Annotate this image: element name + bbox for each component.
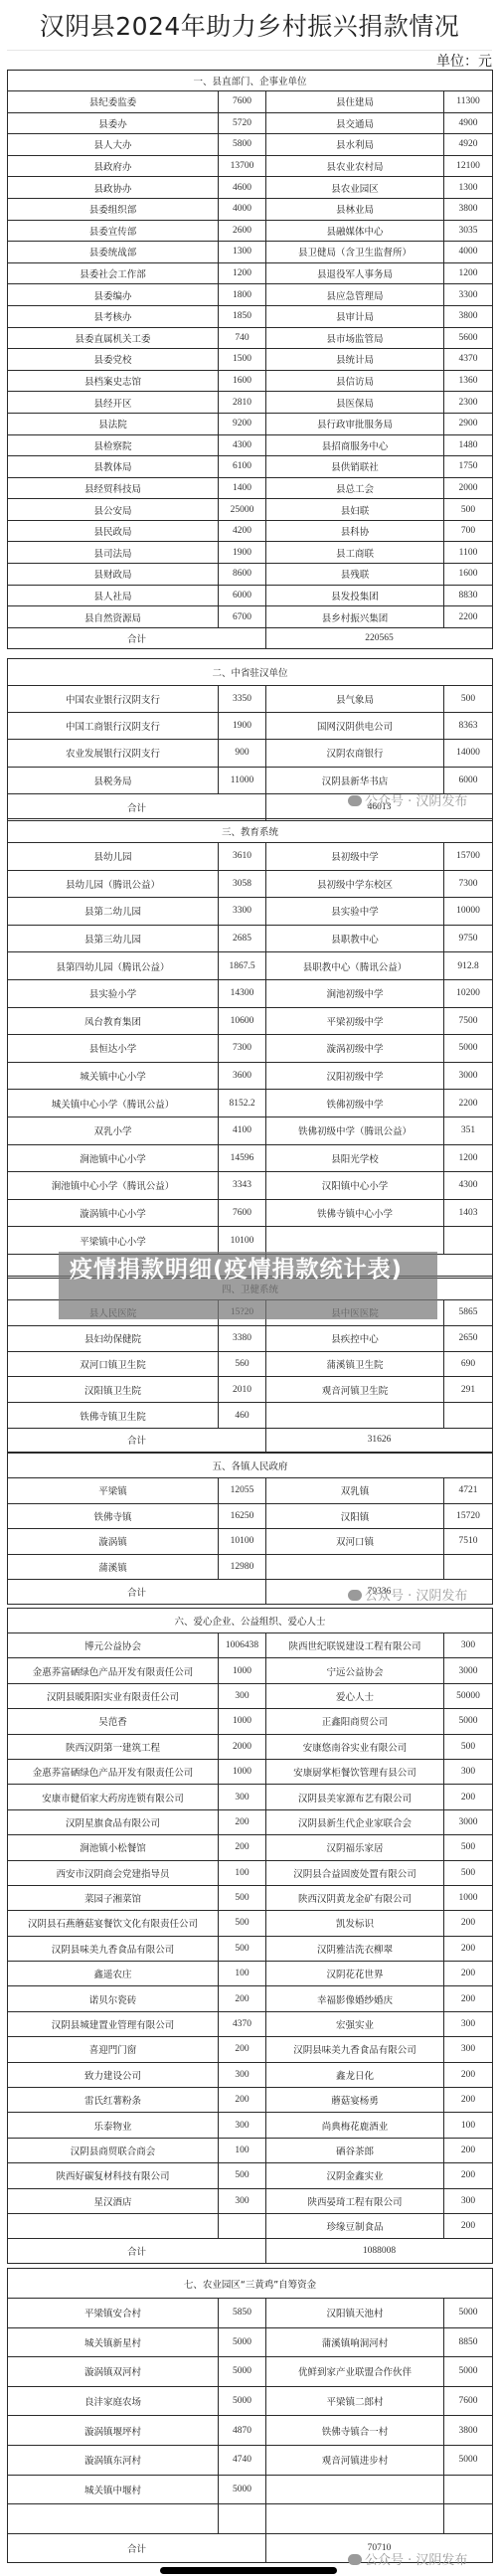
donor-name: 县委组织部 [8, 198, 219, 220]
donation-amount: 500 [219, 1936, 266, 1961]
table-row: 县民政局4200县科协700 [8, 520, 493, 542]
donation-amount [444, 1554, 493, 1580]
table-row: 县考核办1850县审计局3800 [8, 305, 493, 327]
donation-amount: 4600 [219, 177, 266, 199]
donation-amount: 8600 [219, 564, 266, 586]
donation-amount: 1200 [444, 1144, 493, 1172]
table-row: 雷氏红薯粉条200蘑菇宴杨勇200 [8, 2088, 493, 2113]
donor-name: 汉阴县石燕蘑菇宴餐饮文化有限责任公司 [8, 1911, 219, 1936]
donation-amount: 3610 [219, 843, 266, 871]
section-table: 七、农业园区“三黄鸡”自筹资金平梁镇安合村5850汉阳镇天池村5000城关镇新星… [7, 2268, 493, 2563]
donor-name: 县审计局 [266, 305, 444, 327]
table-row: 县司法局1900县工商联1100 [8, 542, 493, 564]
donor-name: 铁佛寺镇中心小学 [266, 1199, 444, 1227]
table-row: 县实验小学14300涧池初级中学10200 [8, 979, 493, 1007]
donor-name: 县招商服务中心 [266, 434, 444, 456]
donor-name: 涧池镇中心小学（腾讯公益） [8, 1172, 219, 1200]
donor-name: 县乡村振兴集团 [266, 606, 444, 628]
table-row: 县委社会工作部1200县退役军人事务局1200 [8, 262, 493, 284]
donor-name: 汉阴县合益固废处置有限公司 [266, 1860, 444, 1885]
donor-name: 中国工商银行汉阴支行 [8, 713, 219, 740]
donor-name: 双河口镇 [266, 1529, 444, 1555]
donation-amount: 10100 [219, 1227, 266, 1255]
donor-name: 县融媒体中心 [266, 220, 444, 242]
donation-amount: 14596 [219, 1144, 266, 1172]
donor-name: 县气象局 [266, 686, 444, 713]
donation-amount: 5800 [219, 134, 266, 156]
table-row: 平梁镇中心小学10100 [8, 1227, 493, 1255]
donation-amount: 1900 [219, 713, 266, 740]
donation-amount: 2810 [219, 392, 266, 414]
donation-amount: 912.8 [444, 952, 493, 980]
table-row: 县人社局6000县发投集团8830 [8, 585, 493, 606]
donor-name: 县自然资源局 [8, 606, 219, 628]
donor-name: 汉阴县味美九香食品有限公司 [8, 1936, 219, 1961]
table-row: 蒲溪镇12980 [8, 1554, 493, 1580]
donation-amount [444, 1403, 493, 1429]
donation-amount: 1000 [444, 1885, 493, 1910]
section-header: 三、教育系统 [8, 819, 493, 843]
donation-amount: 2685 [219, 925, 266, 952]
donation-amount: 4300 [444, 1172, 493, 1200]
table-row: 漩涡镇东河村4740观音河镇进步村5000 [8, 2445, 493, 2475]
donor-name: 汉阴福乐家居 [266, 1835, 444, 1860]
donation-amount: 2900 [444, 413, 493, 434]
donation-amount: 200 [219, 2037, 266, 2062]
section-header: 一、县直部门、企事业单位 [8, 71, 493, 91]
table-row: 县档案史志馆1600县信访局1360 [8, 370, 493, 392]
donation-amount: 5000 [219, 2357, 266, 2387]
donation-amount: 14300 [219, 979, 266, 1007]
donation-amount: 2000 [444, 477, 493, 499]
donation-amount: 7500 [444, 1007, 493, 1035]
donation-amount: 6000 [219, 585, 266, 606]
donor-name: 县残联 [266, 564, 444, 586]
donation-amount: 14000 [444, 740, 493, 767]
donation-amount: 500 [219, 1885, 266, 1910]
watermark: 公众号 · 汉阴发布 [348, 790, 467, 809]
donation-amount: 300 [444, 2037, 493, 2062]
donor-name: 县退役军人事务局 [266, 262, 444, 284]
donation-amount: 2650 [444, 1325, 493, 1351]
table-row: 平梁镇安合村5850汉阳镇天池村5000 [8, 2299, 493, 2328]
donor-name: 县委社会工作部 [8, 262, 219, 284]
table-row: 乐泰物业300尚典梅花鹿酒业100 [8, 2113, 493, 2138]
donation-amount: 8363 [444, 713, 493, 740]
donor-name: 鑫龙日化 [266, 2062, 444, 2087]
donation-amount: 1750 [444, 456, 493, 478]
table-row: 博元公益协会1006438陕西世纪联锐建设工程有限公司300 [8, 1633, 493, 1658]
table-row: 县委党校1500县统计局4370 [8, 349, 493, 371]
table-row: 涧池镇中心小学14596县阳光学校1200 [8, 1144, 493, 1172]
donation-amount: 690 [444, 1351, 493, 1377]
donation-amount: 5000 [444, 2445, 493, 2475]
donation-amount: 560 [219, 1351, 266, 1377]
table-row: 县政府办13700县农业农村局12100 [8, 155, 493, 177]
donation-amount: 1600 [219, 370, 266, 392]
donor-name: 县卫健局（含卫生监督所） [266, 242, 444, 263]
donation-amount: 5865 [444, 1300, 493, 1326]
donation-amount: 300 [444, 1759, 493, 1784]
total-label: 合计 [8, 627, 266, 648]
table-row: 鑫遥农庄100汉阴花花世界200 [8, 1962, 493, 1986]
donation-amount: 500 [444, 1860, 493, 1885]
donation-amount: 200 [219, 1809, 266, 1834]
donor-name: 鑫遥农庄 [8, 1962, 219, 1986]
donation-amount: 300 [219, 2113, 266, 2138]
donor-name: 铁佛寺镇卫生院 [8, 1403, 219, 1429]
table-row: 中国农业银行汉阴支行3350县气象局500 [8, 686, 493, 713]
donation-amount: 4100 [219, 1116, 266, 1144]
donation-amount: 200 [219, 2088, 266, 2113]
table-row: 县第四幼儿园（腾讯公益）1867.5县职教中心（腾讯公益）912.8 [8, 952, 493, 980]
donor-name [266, 2504, 444, 2534]
donor-name: 汉阴县新生代企业家联合会 [266, 1809, 444, 1834]
donation-amount: 3343 [219, 1172, 266, 1200]
donation-amount: 200 [444, 1986, 493, 2011]
donor-name: 县幼儿园（腾讯公益） [8, 870, 219, 898]
donation-amount: 3350 [219, 686, 266, 713]
donor-name: 优鲜到家产业联盟合作伙伴 [266, 2357, 444, 2387]
donor-name [266, 1403, 444, 1429]
donation-amount: 8830 [444, 585, 493, 606]
donation-amount: 200 [444, 2088, 493, 2113]
donation-amount: 100 [444, 2113, 493, 2138]
table-row: 星汉酒店300陕西晏琦工程有限公司300 [8, 2188, 493, 2213]
donation-amount: 5000 [219, 2327, 266, 2357]
donation-amount: 2000 [219, 1734, 266, 1759]
donation-amount: 500 [444, 686, 493, 713]
section-table: 三、教育系统县幼儿园3610县初级中学15700县幼儿园（腾讯公益）3058县初… [7, 818, 493, 1279]
donation-amount: 1867.5 [219, 952, 266, 980]
table-row: 县自然资源局6700县乡村振兴集团2200 [8, 606, 493, 628]
donation-amount: 1200 [219, 262, 266, 284]
donation-amount: 300 [444, 2188, 493, 2213]
donor-name: 安康市健佰家大药房连锁有限公司 [8, 1785, 219, 1809]
donation-amount: 3000 [444, 1658, 493, 1683]
donor-name: 县应急管理局 [266, 284, 444, 306]
donation-amount: 5600 [444, 327, 493, 349]
donation-amount: 7600 [219, 1199, 266, 1227]
donor-name: 漩涡镇 [8, 1529, 219, 1555]
donor-name: 汉阳初级中学 [266, 1062, 444, 1090]
donor-name: 县统计局 [266, 349, 444, 371]
wechat-icon [348, 1590, 362, 1601]
donation-amount: 12100 [444, 155, 493, 177]
donation-amount: 100 [219, 2138, 266, 2162]
donor-name: 涧池镇小松餐馆 [8, 1835, 219, 1860]
donation-amount: 200 [444, 1911, 493, 1936]
section-table: 六、爱心企业、公益组织、爱心人士博元公益协会1006438陕西世纪联锐建设工程有… [7, 1608, 493, 2264]
donor-name: 陕西世纪联锐建设工程有限公司 [266, 1633, 444, 1658]
donor-name: 县妇幼保健院 [8, 1325, 219, 1351]
donor-name: 县林业局 [266, 198, 444, 220]
donor-name: 县考核办 [8, 305, 219, 327]
table-row: 县人大办5800县水利局4920 [8, 134, 493, 156]
donor-name: 中国农业银行汉阴支行 [8, 686, 219, 713]
donor-name: 吴范香 [8, 1709, 219, 1734]
table-row: 双河口镇卫生院560蒲溪镇卫生院690 [8, 1351, 493, 1377]
donor-name: 汉阴县美家源布艺有限公司 [266, 1785, 444, 1809]
donor-name: 县检察院 [8, 434, 219, 456]
donor-name: 汉阳镇 [266, 1503, 444, 1529]
donation-amount: 2010 [219, 1377, 266, 1403]
donor-name: 县委办 [8, 112, 219, 134]
table-row: 涧池镇中心小学（腾讯公益）3343汉阳镇中心小学4300 [8, 1172, 493, 1200]
donor-name: 县第二幼儿园 [8, 898, 219, 926]
donor-name: 硒谷茶郎 [266, 2138, 444, 2162]
donation-amount: 4000 [444, 242, 493, 263]
donation-amount: 460 [219, 1403, 266, 1429]
donation-amount: 4900 [444, 112, 493, 134]
donation-amount: 300 [219, 2062, 266, 2087]
donation-amount: 5000 [219, 2475, 266, 2504]
donor-name: 宏强实业 [266, 2011, 444, 2036]
donor-name: 县恒达小学 [8, 1035, 219, 1063]
home-indicator [160, 2567, 337, 2574]
donor-name: 汉阴县暖阳阳实业有限责任公司 [8, 1683, 219, 1708]
table-row: 汉阴县暖阳阳实业有限责任公司300爱心人士50000 [8, 1683, 493, 1708]
donation-amount: 13700 [219, 155, 266, 177]
donation-amount: 300 [444, 2011, 493, 2036]
donor-name: 县供销联社 [266, 456, 444, 478]
donor-name: 县公安局 [8, 499, 219, 521]
donor-name: 涧池镇中心小学 [8, 1144, 219, 1172]
donor-name: 凯发标识 [266, 1911, 444, 1936]
table-row: 诺贝尔瓷砖200幸福影像婚纱婚庆200 [8, 1986, 493, 2011]
donation-amount: 200 [444, 2213, 493, 2238]
donor-name [266, 1554, 444, 1580]
table-row: 县纪委监委7600县住建局11300 [8, 91, 493, 113]
table-row: 珍缘豆制食品200 [8, 2213, 493, 2238]
total-value: 31626 [266, 1428, 493, 1452]
total-label: 合计 [8, 2533, 266, 2562]
donation-amount: 15700 [444, 843, 493, 871]
donor-name: 汉阴金鑫实业 [266, 2163, 444, 2188]
donation-amount: 7300 [219, 1035, 266, 1063]
table-row: 汉阴县城建置业管理有限公司4370宏强实业300 [8, 2011, 493, 2036]
donor-name: 安康悠南谷实业有限公司 [266, 1734, 444, 1759]
table-row: 县第二幼儿园3300县实验中学10000 [8, 898, 493, 926]
donor-name: 县职教中心 [266, 925, 444, 952]
donation-amount: 200 [444, 2062, 493, 2087]
donor-name: 县工商联 [266, 542, 444, 564]
donor-name: 县初级中学东校区 [266, 870, 444, 898]
donor-name: 县经贸科技局 [8, 477, 219, 499]
donor-name: 城关镇中心小学（腾讯公益） [8, 1090, 219, 1117]
table-row: 县教体局6100县供销联社1750 [8, 456, 493, 478]
donation-amount: 3000 [444, 1062, 493, 1090]
donor-name: 双河口镇卫生院 [8, 1351, 219, 1377]
donation-amount: 4200 [219, 520, 266, 542]
donor-name: 汉阴花花世界 [266, 1962, 444, 1986]
donor-name: 县委编办 [8, 284, 219, 306]
donor-name: 乐泰物业 [8, 2113, 219, 2138]
donation-amount: 1000 [219, 1759, 266, 1784]
donation-amount: 3800 [444, 198, 493, 220]
donor-name: 尚典梅花鹿酒业 [266, 2113, 444, 2138]
table-row: 县第三幼儿园2685县职教中心9750 [8, 925, 493, 952]
donor-name: 县民政局 [8, 520, 219, 542]
donation-amount: 1480 [444, 434, 493, 456]
donor-name: 县交通局 [266, 112, 444, 134]
donor-name: 平梁镇中心小学 [8, 1227, 219, 1255]
donation-amount: 300 [219, 2188, 266, 2213]
donation-amount: 1000 [219, 1709, 266, 1734]
total-label: 合计 [8, 793, 266, 820]
donation-amount: 4000 [219, 198, 266, 220]
table-row: 县检察院4300县招商服务中心1480 [8, 434, 493, 456]
table-row: 汉阴县石燕蘑菇宴餐饮文化有限责任公司500凯发标识200 [8, 1911, 493, 1936]
donation-amount: 1400 [219, 477, 266, 499]
donation-amount: 10000 [444, 898, 493, 926]
table-row: 城关镇新星村5000蒲溪镇响洞河村8850 [8, 2327, 493, 2357]
donation-amount: 2200 [444, 1090, 493, 1117]
donor-name: 宁远公益协会 [266, 1658, 444, 1683]
donation-amount: 4370 [219, 2011, 266, 2036]
donation-amount: 1800 [219, 284, 266, 306]
table-row: 县经开区2810县医保局2300 [8, 392, 493, 414]
table-row: 双乳小学4100铁佛初级中学（腾讯公益）351 [8, 1116, 493, 1144]
table-row: 县政协办4600县农业园区1300 [8, 177, 493, 199]
total-label: 合计 [8, 1580, 266, 1605]
wechat-icon [348, 795, 362, 806]
table-row: 县委组织部4000县林业局3800 [8, 198, 493, 220]
donation-amount: 200 [219, 1986, 266, 2011]
donor-name: 县委统战部 [8, 242, 219, 263]
donor-name: 县住建局 [266, 91, 444, 113]
donation-amount: 1100 [444, 542, 493, 564]
donation-amount [219, 2504, 266, 2534]
donor-name: 平梁镇安合村 [8, 2299, 219, 2328]
donation-amount: 1000 [219, 1658, 266, 1683]
donor-name: 铁佛寺镇合一村 [266, 2416, 444, 2446]
donor-name: 金惠荞富硒绿色产品开发有限责任公司 [8, 1759, 219, 1784]
donation-amount: 16250 [219, 1503, 266, 1529]
donor-name: 县政府办 [8, 155, 219, 177]
donor-name: 爱心人士 [266, 1683, 444, 1708]
donation-amount: 200 [444, 1936, 493, 1961]
watermark: 公众号 · 汉阴发布 [348, 1585, 467, 1604]
donation-amount: 3800 [444, 305, 493, 327]
donation-amount: 7600 [219, 91, 266, 113]
table-row: 县法院9200县行政审批服务局2900 [8, 413, 493, 434]
donor-name: 平梁初级中学 [266, 1007, 444, 1035]
donor-name: 珍缘豆制食品 [266, 2213, 444, 2238]
donor-name [266, 2475, 444, 2504]
donor-name: 县市场监管局 [266, 327, 444, 349]
donor-name: 县妇联 [266, 499, 444, 521]
donor-name: 县阳光学校 [266, 1144, 444, 1172]
donor-name: 县政协办 [8, 177, 219, 199]
donation-amount: 4870 [219, 2416, 266, 2446]
table-row: 汉阴县味美九香食品有限公司500汉阴雅洁洗衣柳翠200 [8, 1936, 493, 1961]
donor-name: 县委直属机关工委 [8, 327, 219, 349]
donor-name: 县发投集团 [266, 585, 444, 606]
donation-amount: 500 [219, 2163, 266, 2188]
donor-name: 漩涡镇东河村 [8, 2445, 219, 2475]
donation-amount: 100 [219, 1962, 266, 1986]
section-header: 六、爱心企业、公益组织、爱心人士 [8, 1609, 493, 1633]
total-label: 合计 [8, 1428, 266, 1452]
table-row: 县委编办1800县应急管理局3300 [8, 284, 493, 306]
donation-amount [444, 1227, 493, 1255]
donor-name [266, 1227, 444, 1255]
watermark: 公众号 · 汉阴发布 [348, 2549, 467, 2568]
donation-amount: 200 [444, 1785, 493, 1809]
donor-name: 城关镇中堰村 [8, 2475, 219, 2504]
donation-amount: 4721 [444, 1478, 493, 1504]
donation-amount: 5000 [444, 2299, 493, 2328]
donation-amount: 25000 [219, 499, 266, 521]
overlay-banner-text: 疫情捐款明细(疫情捐款统计表) [70, 1255, 408, 1285]
table-row: 西安市汉阴商会党建指导员100汉阴县合益固废处置有限公司500 [8, 1860, 493, 1885]
donation-amount: 10600 [219, 1007, 266, 1035]
donor-name: 汉阴县城建置业管理有限公司 [8, 2011, 219, 2036]
donation-amount: 1850 [219, 305, 266, 327]
table-row: 城关镇中堰村5000 [8, 2475, 493, 2504]
section-header: 七、农业园区“三黄鸡”自筹资金 [8, 2269, 493, 2299]
donation-amount: 3600 [219, 1062, 266, 1090]
table-row: 县幼儿园（腾讯公益）3058县初级中学东校区7300 [8, 870, 493, 898]
donor-name: 县纪委监委 [8, 91, 219, 113]
donation-amount: 700 [444, 520, 493, 542]
unit-label: 单位：元 [7, 51, 492, 70]
donation-amount: 15720 [444, 1503, 493, 1529]
donation-amount: 4740 [219, 2445, 266, 2475]
donor-name: 蘑菇宴杨勇 [266, 2088, 444, 2113]
donor-name: 县农业园区 [266, 177, 444, 199]
donor-name: 县第四幼儿园（腾讯公益） [8, 952, 219, 980]
donor-name: 汉阳镇天池村 [266, 2299, 444, 2328]
donor-name: 县教体局 [8, 456, 219, 478]
donor-name: 县职教中心（腾讯公益） [266, 952, 444, 980]
table-row: 陕西好碳复材科技有限公司500汉阴金鑫实业200 [8, 2163, 493, 2188]
donation-amount: 1360 [444, 370, 493, 392]
table-row: 金惠荞富硒绿色产品开发有限责任公司1000安康厨掌柜餐饮管理有县公司300 [8, 1759, 493, 1784]
table-row: 喜迎門门窗200汉阴县味美九香食品有限公司300 [8, 2037, 493, 2062]
donation-amount: 1500 [219, 349, 266, 371]
donation-amount: 3300 [219, 898, 266, 926]
donation-amount: 500 [444, 499, 493, 521]
donor-name: 涧池初级中学 [266, 979, 444, 1007]
donor-name: 城关镇中心小学 [8, 1062, 219, 1090]
donation-amount: 11000 [219, 767, 266, 793]
donor-name: 汉阳镇卫生院 [8, 1377, 219, 1403]
donor-name: 县科协 [266, 520, 444, 542]
donor-name: 县经开区 [8, 392, 219, 414]
donor-name: 县医保局 [266, 392, 444, 414]
donor-name: 西安市汉阴商会党建指导员 [8, 1860, 219, 1885]
table-row: 县财政局8600县残联1600 [8, 564, 493, 586]
donor-name: 汉阴县商贸联合商会 [8, 2138, 219, 2162]
donor-name: 幸福影像婚纱婚庆 [266, 1986, 444, 2011]
donation-amount: 2300 [444, 392, 493, 414]
donor-name: 凤台教育集团 [8, 1007, 219, 1035]
donor-name: 漩涡镇堰坪村 [8, 2416, 219, 2446]
donor-name [8, 2504, 219, 2534]
donor-name: 县财政局 [8, 564, 219, 586]
donor-name: 陕西汉阴第一建筑工程 [8, 1734, 219, 1759]
donor-name: 汉阴县味美九香食品有限公司 [266, 2037, 444, 2062]
table-row: 平梁镇12055双乳镇4721 [8, 1478, 493, 1504]
table-row: 漩涡镇中心小学7600铁佛寺镇中心小学1403 [8, 1199, 493, 1227]
donation-amount: 2600 [219, 220, 266, 242]
donor-name: 县水利局 [266, 134, 444, 156]
donation-amount: 5000 [444, 1709, 493, 1734]
donor-name: 金惠荞富硒绿色产品开发有限责任公司 [8, 1658, 219, 1683]
donor-name: 菜园子湘菜馆 [8, 1885, 219, 1910]
